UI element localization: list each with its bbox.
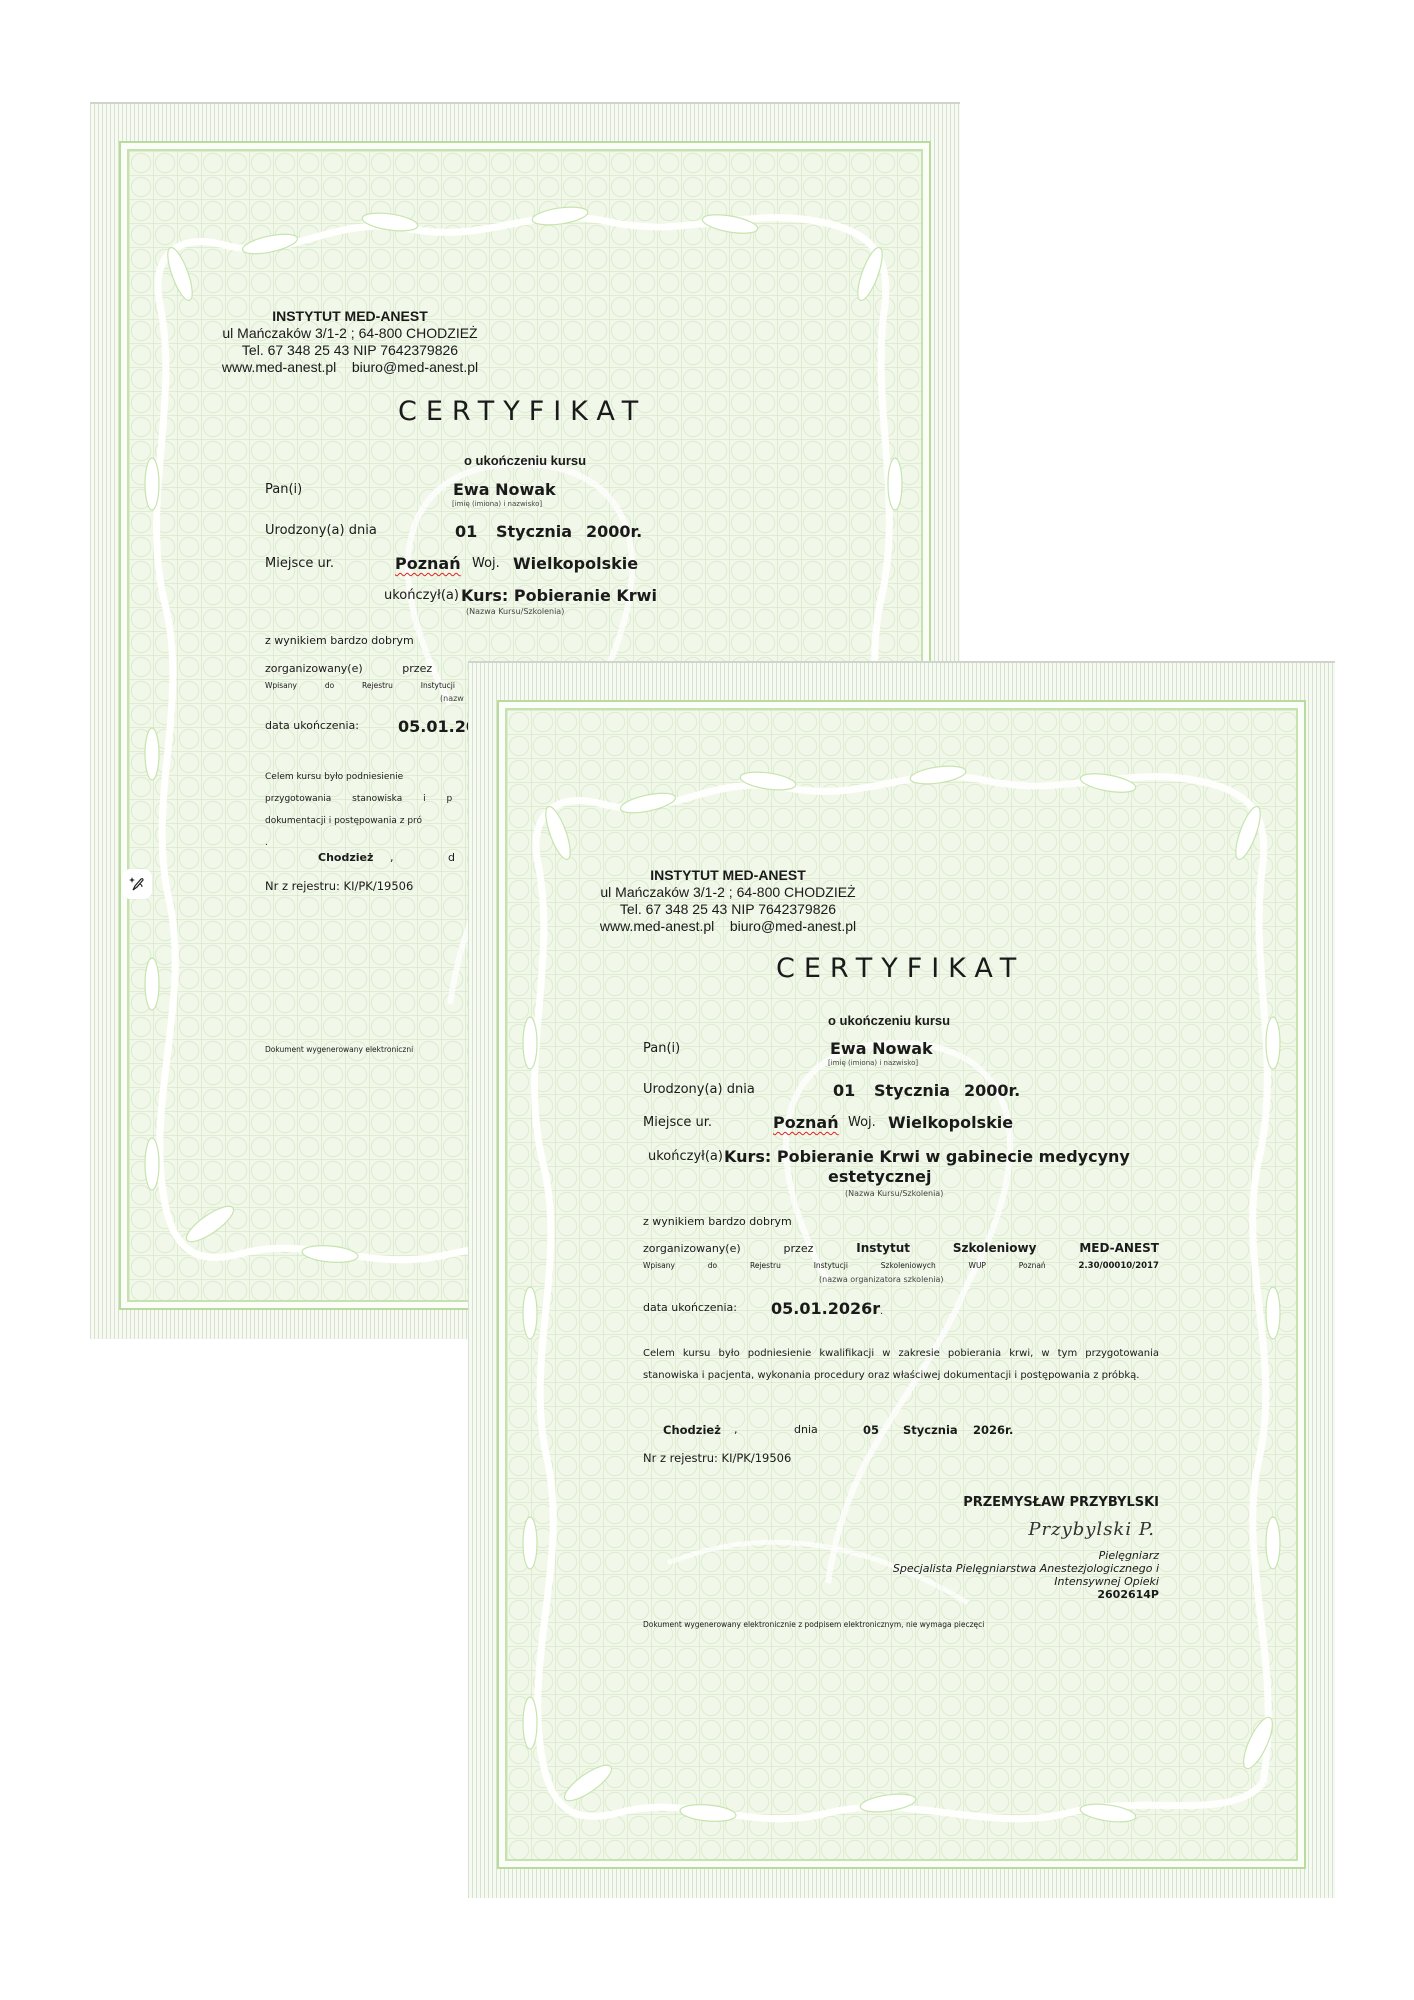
- registry-word: Wpisany: [265, 681, 297, 690]
- course-value-line1: Kurs: Pobieranie Krwi w gabinecie medycy…: [724, 1147, 1130, 1166]
- certificate-front: INSTYTUT MED-ANEST ul Mańczaków 3/1-2 ; …: [468, 661, 1335, 1898]
- birth-label: Urodzony(a) dnia: [265, 523, 377, 538]
- registry-word: Instytucji: [421, 681, 455, 690]
- result-text: z wynikiem bardzo dobrym: [265, 634, 414, 647]
- course-value: Kurs: Pobieranie Krwi: [461, 586, 657, 605]
- organized-by-line: zorganizowany(e) przez I: [265, 662, 475, 675]
- place-value: Poznań: [773, 1113, 839, 1132]
- registry-word: do: [708, 1261, 717, 1270]
- organizer-caption: (nazwa organizatora szkolenia): [819, 1275, 944, 1284]
- name-caption: [imię (imiona) i nazwisko]: [828, 1059, 918, 1067]
- certificate-subtitle: o ukończeniu kursu: [828, 1013, 950, 1028]
- issue-comma: ,: [734, 1423, 738, 1436]
- purpose-line: przygotowania stanowiska i p: [265, 788, 455, 810]
- organized-by-line: zorganizowany(e) przez Instytut Szkoleni…: [643, 1241, 1159, 1255]
- issue-comma: ,: [390, 851, 394, 864]
- institute-phone-nip: Tel. 67 348 25 43 NIP 7642379826: [508, 901, 948, 918]
- role-line: Specjalista Pielęgniarstwa Anestezjologi…: [893, 1562, 1159, 1575]
- completed-label: ukończył(a): [648, 1149, 723, 1164]
- institute-header: INSTYTUT MED-ANEST ul Mańczaków 3/1-2 ; …: [508, 867, 948, 935]
- registry-word: Rejestru: [750, 1261, 781, 1270]
- registry-number-code: 2.30/00010/2017: [1079, 1261, 1159, 1271]
- issue-city: Chodzież: [318, 851, 373, 864]
- birth-label: Urodzony(a) dnia: [643, 1082, 755, 1097]
- voivodeship-value: Wielkopolskie: [888, 1113, 1013, 1132]
- completion-value: 05.01.2026r: [771, 1299, 880, 1318]
- institute-email: biuro@med-anest.pl: [352, 359, 478, 375]
- organizer-word: MED-ANEST: [1079, 1241, 1159, 1255]
- registry-word: Poznań: [1019, 1261, 1046, 1270]
- signature: Przybylski P.: [1028, 1519, 1155, 1540]
- registry-line: Wpisany do Rejestru Instytucji Szkolenio…: [643, 1261, 1159, 1271]
- footer-note: Dokument wygenerowany elektronicznie z p…: [643, 1620, 984, 1629]
- name-value: Ewa Nowak: [830, 1039, 933, 1058]
- institute-address: ul Mańczaków 3/1-2 ; 64-800 CHODZIEŻ: [210, 325, 490, 342]
- name-label: Pan(i): [265, 482, 302, 497]
- birth-year: 2000r.: [586, 522, 642, 541]
- organizer-word: Instytut: [856, 1241, 910, 1255]
- institute-name: INSTYTUT MED-ANEST: [272, 308, 428, 324]
- completion-dot: .: [880, 1307, 883, 1317]
- registry-word: do: [325, 681, 334, 690]
- organizer-word: Szkoleniowy: [953, 1241, 1037, 1255]
- institute-name: INSTYTUT MED-ANEST: [650, 867, 806, 883]
- completion-label: data ukończenia:: [265, 719, 359, 732]
- registry-line: Wpisany do Rejestru Instytucji: [265, 681, 455, 690]
- organizer-caption: (nazw: [440, 694, 464, 703]
- signatory-role: Pielęgniarz Specjalista Pielęgniarstwa A…: [893, 1549, 1159, 1601]
- role-line: Intensywnej Opieki: [893, 1575, 1159, 1588]
- institute-email: biuro@med-anest.pl: [730, 918, 856, 934]
- certificate-title: CERTYFIKAT: [776, 953, 1025, 984]
- registry-word: WUP: [969, 1261, 986, 1270]
- course-value-line2: estetycznej: [828, 1167, 931, 1186]
- voivodeship-label: Woj.: [472, 556, 500, 571]
- birth-month: Stycznia: [874, 1081, 950, 1100]
- place-value: Poznań: [395, 554, 461, 573]
- institute-website: www.med-anest.pl: [600, 918, 714, 934]
- registry-number: Nr z rejestru: KI/PK/19506: [643, 1451, 791, 1465]
- course-caption: (Nazwa Kursu/Szkolenia): [466, 607, 564, 616]
- ai-sparkle-pen-icon: [128, 875, 146, 893]
- certificate-title: CERTYFIKAT: [398, 396, 647, 427]
- license-number: 2602614P: [893, 1588, 1159, 1601]
- organized-word: zorganizowany(e): [265, 662, 363, 675]
- birth-day: 01: [833, 1081, 855, 1100]
- registry-word: Szkoleniowych: [881, 1261, 936, 1270]
- birth-month: Stycznia: [496, 522, 572, 541]
- institute-phone-nip: Tel. 67 348 25 43 NIP 7642379826: [210, 342, 490, 359]
- role-line: Pielęgniarz: [893, 1549, 1159, 1562]
- issue-day-label: dnia: [794, 1423, 818, 1436]
- place-label: Miejsce ur.: [265, 556, 334, 571]
- certificate-content: INSTYTUT MED-ANEST ul Mańczaków 3/1-2 ; …: [468, 663, 1335, 1898]
- organized-word: zorganizowany(e): [643, 1242, 741, 1255]
- institute-website: www.med-anest.pl: [222, 359, 336, 375]
- organized-word: przez: [784, 1242, 814, 1255]
- name-label: Pan(i): [643, 1041, 680, 1056]
- purpose-line: Celem kursu było podniesienie: [265, 766, 455, 788]
- completion-label: data ukończenia:: [643, 1301, 737, 1314]
- voivodeship-value: Wielkopolskie: [513, 554, 638, 573]
- name-value: Ewa Nowak: [453, 480, 556, 499]
- birth-year: 2000r.: [964, 1081, 1020, 1100]
- institute-header: INSTYTUT MED-ANEST ul Mańczaków 3/1-2 ; …: [210, 308, 490, 376]
- voivodeship-label: Woj.: [848, 1115, 876, 1130]
- institute-address: ul Mańczaków 3/1-2 ; 64-800 CHODZIEŻ: [508, 884, 948, 901]
- purpose-line: dokumentacji i postępowania z pró: [265, 810, 455, 832]
- completion-value: 05.01.20: [398, 717, 477, 736]
- name-caption: [imię (imiona) i nazwisko]: [452, 500, 542, 508]
- registry-word: Wpisany: [643, 1261, 675, 1270]
- issue-month: Stycznia: [903, 1423, 958, 1437]
- issue-city: Chodzież: [663, 1423, 721, 1437]
- registry-number: Nr z rejestru: KI/PK/19506: [265, 879, 413, 893]
- completion-date: 05.01.2026r.: [771, 1299, 883, 1318]
- footer-note: Dokument wygenerowany elektroniczni: [265, 1045, 413, 1054]
- result-text: z wynikiem bardzo dobrym: [643, 1215, 792, 1228]
- ai-edit-button[interactable]: [122, 869, 152, 899]
- certificate-subtitle: o ukończeniu kursu: [464, 453, 586, 468]
- purpose-text: Celem kursu było podniesienie kwalifikac…: [643, 1343, 1159, 1387]
- signatory-name: PRZEMYSŁAW PRZYBYLSKI: [963, 1495, 1159, 1510]
- registry-word: Instytucji: [814, 1261, 848, 1270]
- purpose-text: Celem kursu było podniesienie przygotowa…: [265, 766, 455, 854]
- issue-day: 05: [863, 1423, 879, 1437]
- issue-year: 2026r.: [973, 1423, 1013, 1437]
- course-caption: (Nazwa Kursu/Szkolenia): [845, 1189, 943, 1198]
- registry-word: Rejestru: [362, 681, 393, 690]
- place-label: Miejsce ur.: [643, 1115, 712, 1130]
- birth-day: 01: [455, 522, 477, 541]
- organized-word: przez: [402, 662, 432, 675]
- issue-day-label: d: [448, 851, 455, 864]
- completed-label: ukończył(a): [384, 588, 459, 603]
